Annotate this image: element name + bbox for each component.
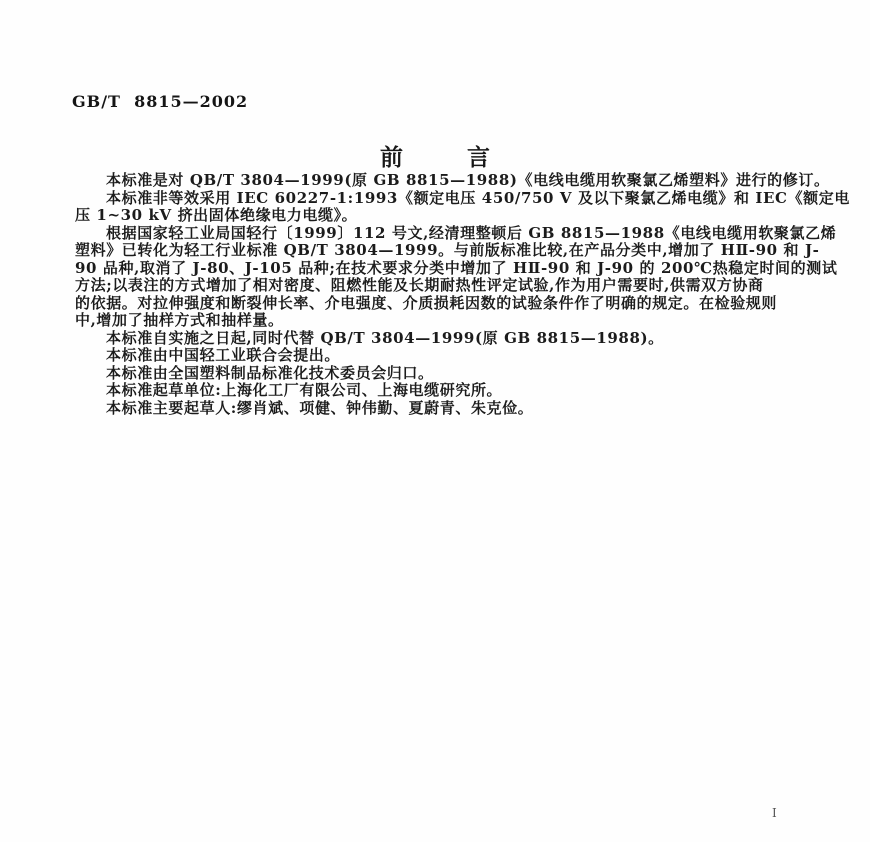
document-line: 中,增加了抽样方式和抽样量。 xyxy=(75,312,801,330)
document-line: 本标准由中国轻工业联合会提出。 xyxy=(75,347,801,365)
document-line: 根据国家轻工业局国轻行〔1999〕112 号文,经清理整顿后 GB 8815—1… xyxy=(75,225,801,243)
document-page: GB/T 8815—2002 前 言 本标准是对 QB/T 3804—1999(… xyxy=(0,0,870,842)
page-title: 前 言 xyxy=(0,139,870,172)
standard-code: GB/T 8815—2002 xyxy=(72,92,248,111)
document-line: 压 1~30 kV 挤出固体绝缘电力电缆》。 xyxy=(75,207,801,225)
document-line: 本标准非等效采用 IEC 60227-1:1993《额定电压 450/750 V… xyxy=(75,190,801,208)
document-line: 本标准主要起草人:缪肖斌、项健、钟伟勤、夏蔚青、朱克俭。 xyxy=(75,400,801,418)
page-number: I xyxy=(772,806,777,820)
title-char-second: 言 xyxy=(467,139,490,172)
foreword-body: 本标准是对 QB/T 3804—1999(原 GB 8815—1988)《电线电… xyxy=(75,172,801,417)
document-line: 本标准自实施之日起,同时代替 QB/T 3804—1999(原 GB 8815—… xyxy=(75,330,801,348)
document-line: 本标准是对 QB/T 3804—1999(原 GB 8815—1988)《电线电… xyxy=(75,172,801,190)
document-line: 方法;以表注的方式增加了相对密度、阻燃性能及长期耐热性评定试验,作为用户需要时,… xyxy=(75,277,801,295)
document-line: 本标准起草单位:上海化工厂有限公司、上海电缆研究所。 xyxy=(75,382,801,400)
title-char-first: 前 xyxy=(380,139,403,172)
document-line: 90 品种,取消了 J-80、J-105 品种;在技术要求分类中增加了 HⅡ-9… xyxy=(75,260,801,278)
document-line: 本标准由全国塑料制品标准化技术委员会归口。 xyxy=(75,365,801,383)
document-line: 塑料》已转化为轻工行业标准 QB/T 3804—1999。与前版标准比较,在产品… xyxy=(75,242,801,260)
document-line: 的依据。对拉伸强度和断裂伸长率、介电强度、介质损耗因数的试验条件作了明确的规定。… xyxy=(75,295,801,313)
